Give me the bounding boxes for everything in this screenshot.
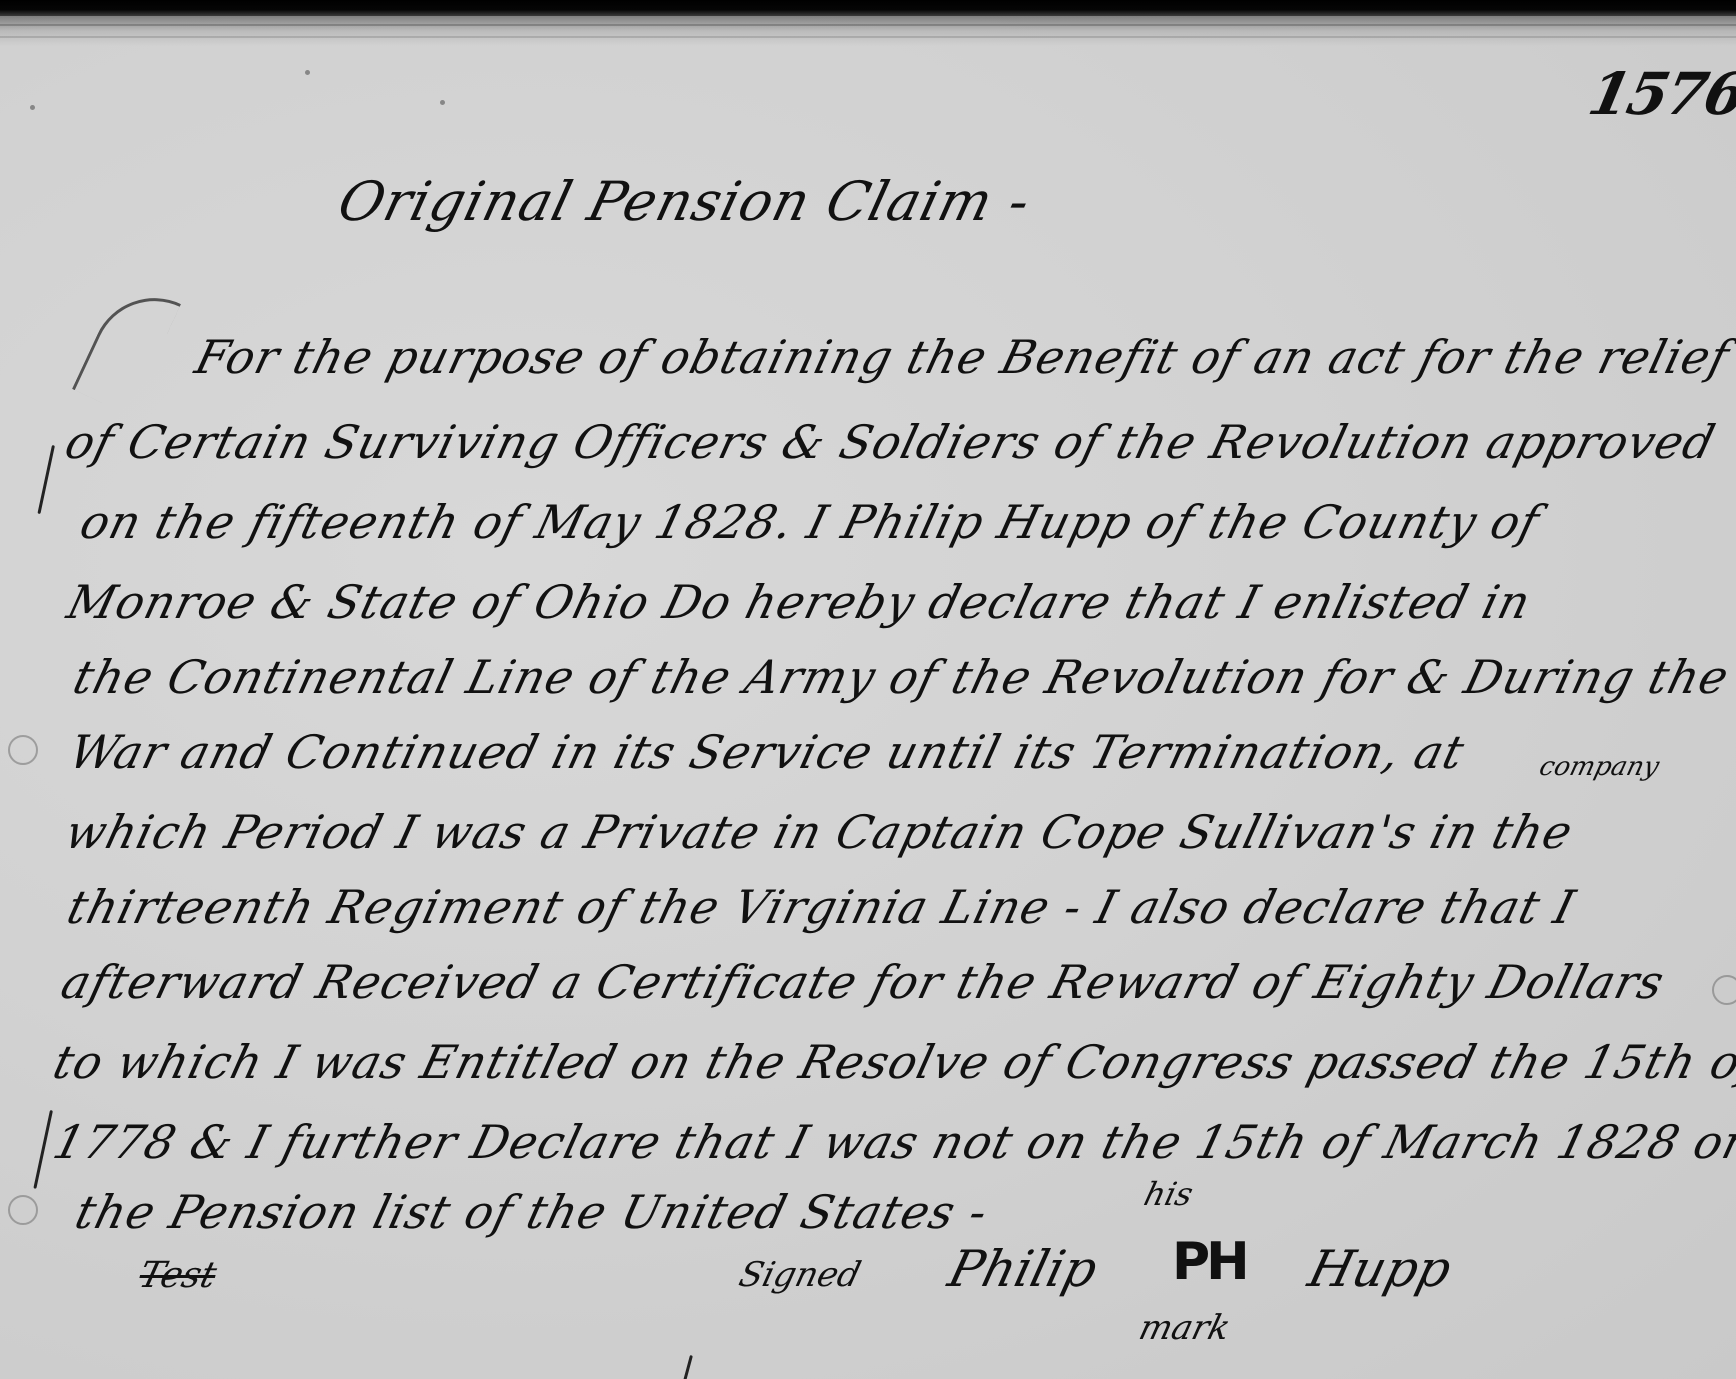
paper-speck [305, 70, 310, 75]
paper-speck [440, 100, 445, 105]
partial-stroke [682, 1355, 693, 1379]
body-line-6: War and Continued in its Service until i… [64, 725, 1470, 779]
body-line-3: on the fifteenth of May 1828. I Philip H… [75, 495, 1545, 549]
document-page: 1576. Original Pension Claim - For the p… [0, 0, 1736, 1379]
body-line-10: to which I was Entitled on the Resolve o… [48, 1035, 1736, 1089]
margin-stroke [33, 1110, 53, 1189]
ruled-line [0, 36, 1736, 38]
ruled-line [0, 24, 1736, 26]
body-line-1: For the purpose of obtaining the Benefit… [190, 330, 1735, 384]
interlinear-insertion: company [1536, 752, 1662, 782]
body-line-4: Monroe & State of Ohio Do hereby declare… [62, 575, 1537, 629]
body-line-2: of Certain Surviving Officers & Soldiers… [60, 415, 1721, 469]
signer-mark: PH [1172, 1232, 1246, 1292]
mark-label: mark [1135, 1308, 1234, 1348]
body-line-11: 1778 & I further Declare that I was not … [48, 1115, 1736, 1169]
page-number: 1576. [1583, 60, 1736, 128]
body-line-9: afterward Received a Certificate for the… [56, 955, 1670, 1009]
body-line-5: the Continental Line of the Army of the … [68, 650, 1735, 704]
paper-hole [8, 735, 38, 765]
document-title: Original Pension Claim - [332, 170, 1037, 233]
initial-flourish [72, 277, 181, 415]
paper-speck [30, 105, 35, 110]
scan-edge-shadow [0, 16, 1736, 46]
struck-word: Test [135, 1255, 221, 1296]
margin-stroke [37, 445, 54, 514]
signer-last-name: Hupp [1303, 1240, 1457, 1298]
signer-first-name: Philip [943, 1240, 1103, 1298]
paper-hole [8, 1195, 38, 1225]
paper-hole [1712, 975, 1736, 1005]
signed-label: Signed [735, 1255, 865, 1295]
body-line-7: which Period I was a Private in Captain … [60, 805, 1579, 859]
body-line-8: thirteenth Regiment of the Virginia Line… [62, 880, 1581, 934]
body-line-12: the Pension list of the United States - [70, 1185, 994, 1239]
scan-top-edge [0, 0, 1736, 16]
his-label: his [1140, 1175, 1197, 1213]
